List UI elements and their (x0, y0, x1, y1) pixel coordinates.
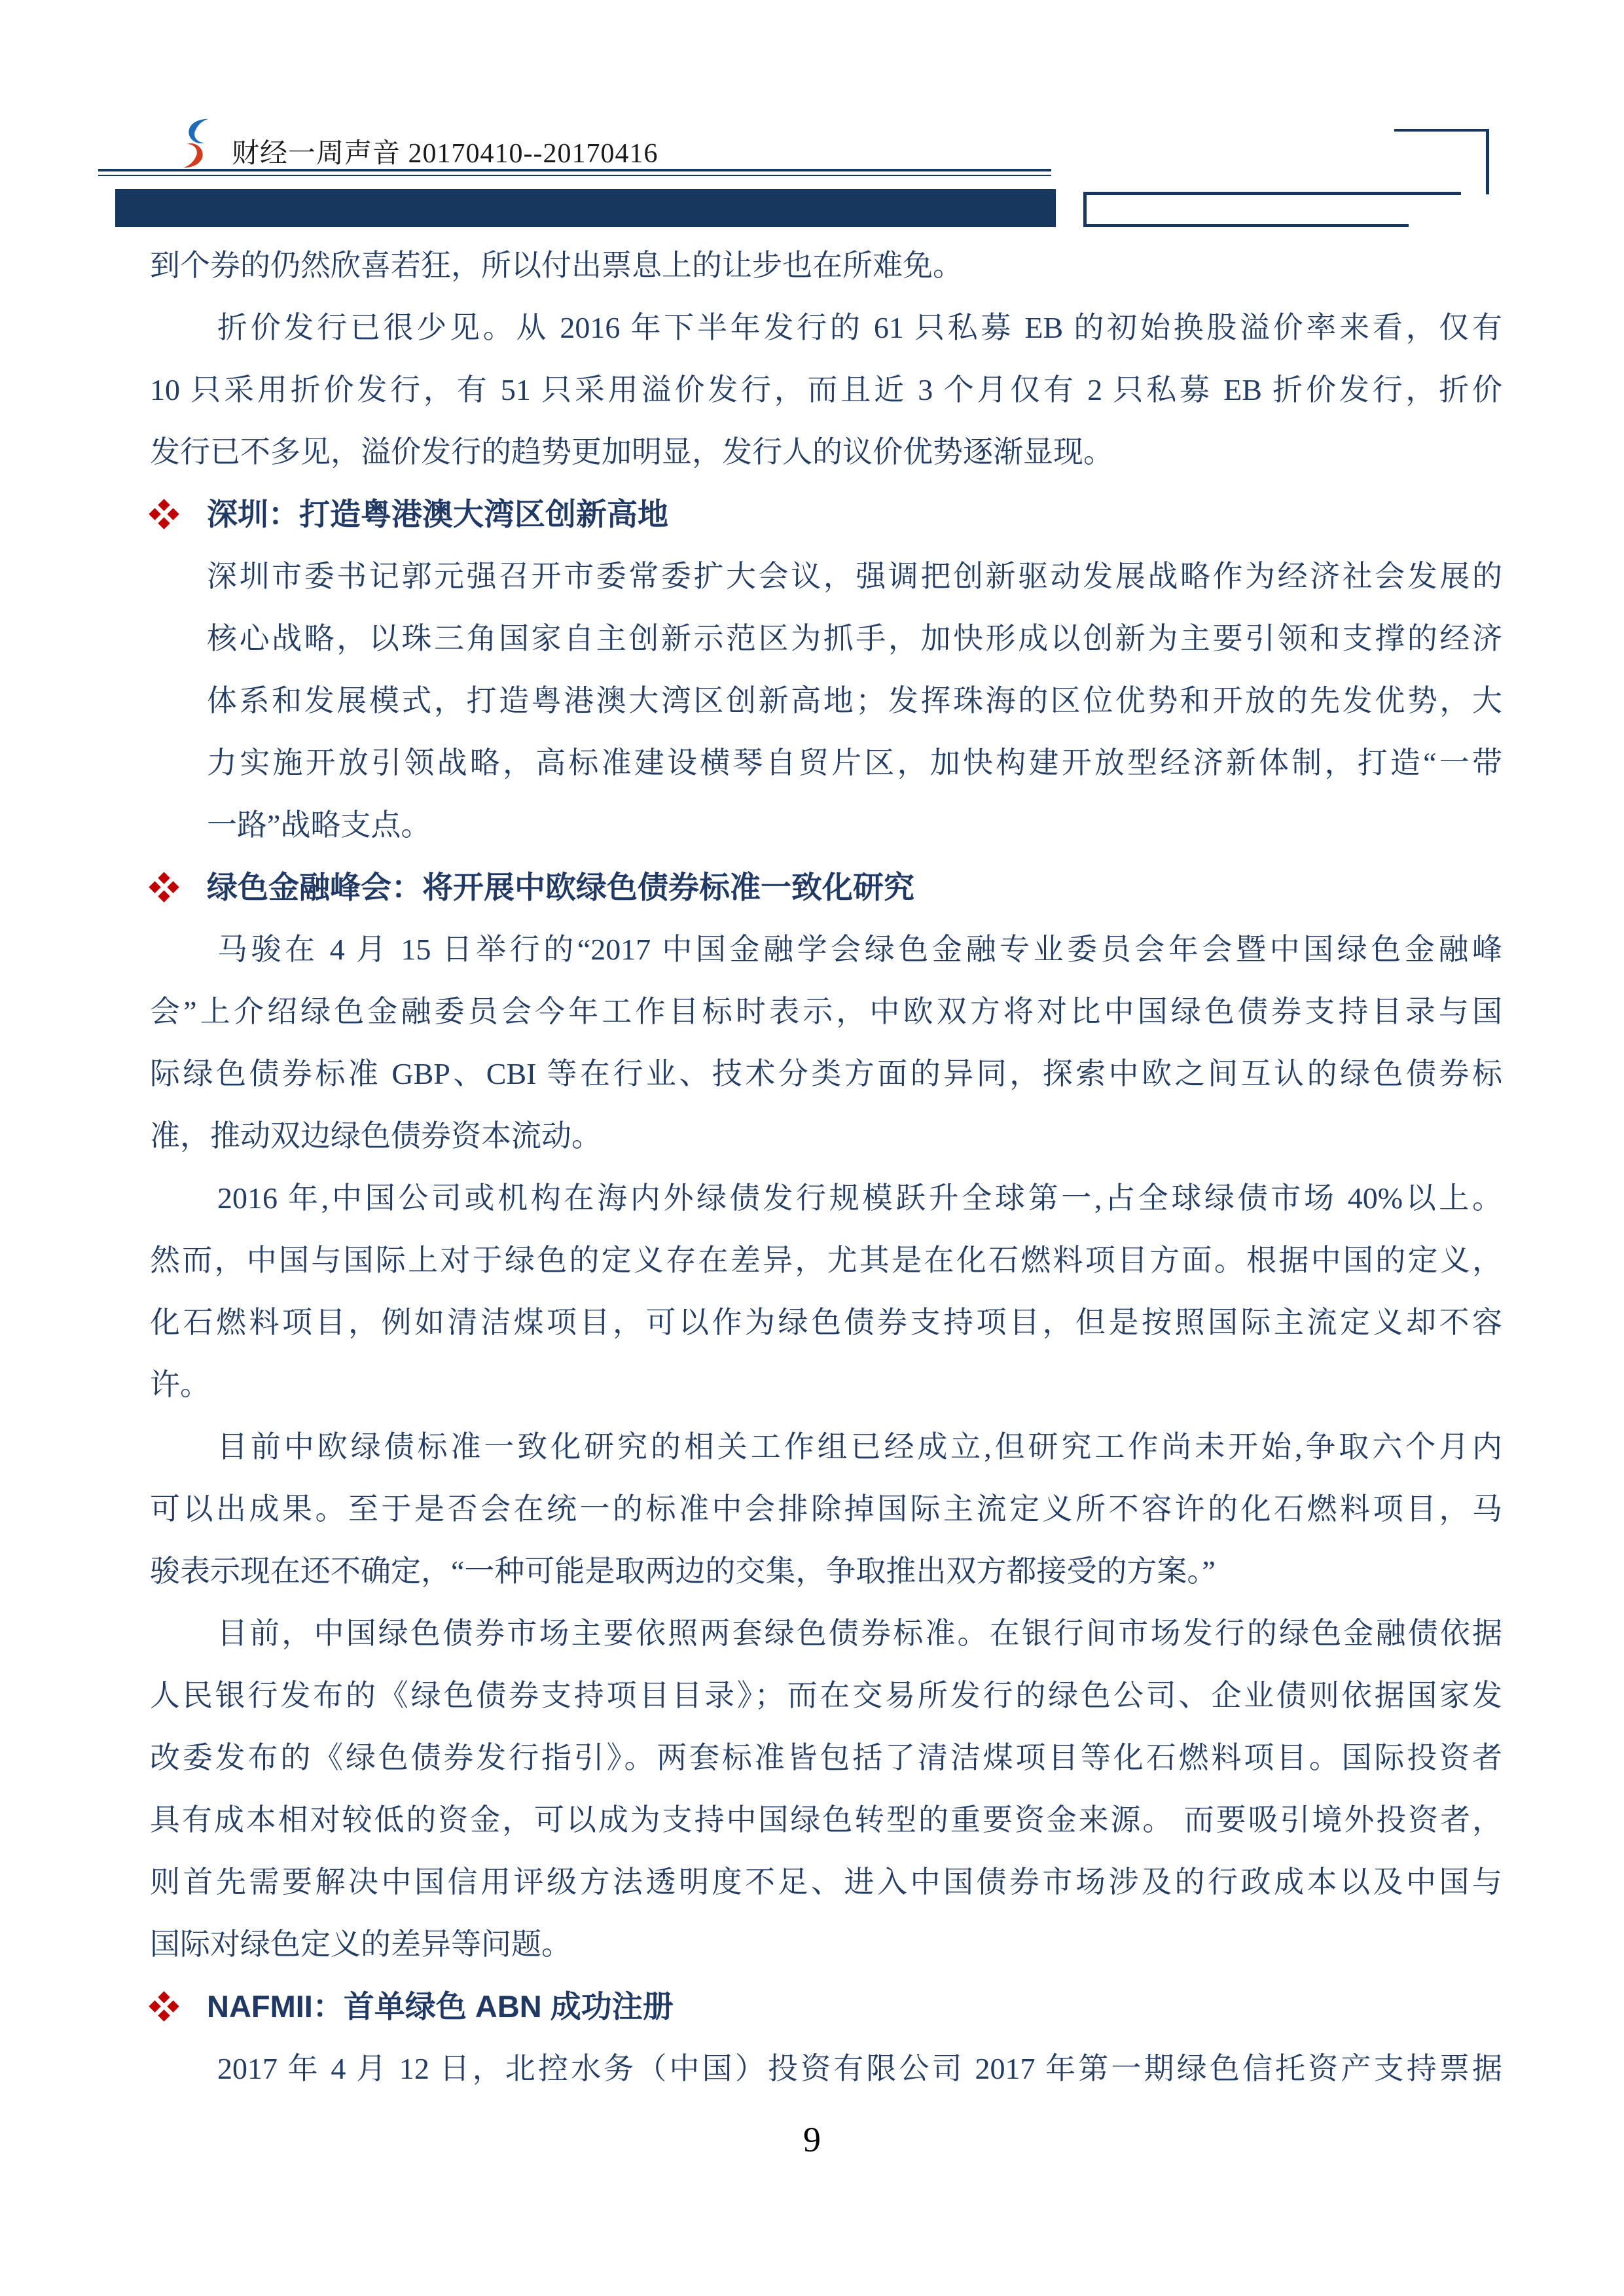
body-line: 力实施开放引领战略，高标准建设横琴自贸片区，加快构建开放型经济新体制，打造“一带 (150, 732, 1502, 794)
body-line: 具有成本相对较低的资金，可以成为支持中国绿色转型的重要资金来源。 而要吸引境外投… (150, 1789, 1502, 1851)
body-line: 10 只采用折价发行，有 51 只采用溢价发行，而且近 3 个月仅有 2 只私募… (150, 359, 1502, 421)
body-line: 核心战略，以珠三角国家自主创新示范区为抓手，加快形成以创新为主要引领和支撑的经济 (150, 607, 1502, 670)
section-banner-bar (115, 189, 1056, 227)
lower-right-outline-box-bottom-edge (1083, 224, 1409, 227)
body-line: 目前，中国绿色债券市场主要依照两套绿色债券标准。在银行间市场发行的绿色金融债依据 (150, 1602, 1502, 1664)
section-heading-label: 深圳：打造粤港澳大湾区创新高地 (207, 483, 668, 545)
body-line: 人民银行发布的《绿色债券支持项目目录》；而在交易所发行的绿色公司、企业债则依据国… (150, 1664, 1502, 1727)
body-line: 会”上介绍绿色金融委员会今年工作目标时表示，中欧双方将对比中国绿色债券支持目录与… (150, 980, 1502, 1043)
body-line: 则首先需要解决中国信用评级方法透明度不足、进入中国债券市场涉及的行政成本以及中国… (150, 1851, 1502, 1913)
body-line: 马骏在 4 月 15 日举行的“2017 中国金融学会绿色金融专业委员会年会暨中… (150, 918, 1502, 980)
body-line: 准，推动双边绿色债券资本流动。 (150, 1105, 1502, 1167)
section-heading-label: NAFMII：首单绿色 ABN 成功注册 (207, 1975, 674, 2037)
page-title: 财经一周声音 20170410--20170416 (232, 137, 658, 170)
diamond-bullet-icon (150, 873, 179, 902)
body-line: 2017 年 4 月 12 日，北控水务（中国）投资有限公司 2017 年第一期… (150, 2037, 1502, 2100)
body-line: 2016 年,中国公司或机构在海内外绿债发行规模跃升全球第一,占全球绿债市场 4… (150, 1167, 1502, 1229)
page-number: 9 (0, 2119, 1624, 2160)
upper-right-outline-box (1394, 129, 1489, 194)
section-heading: 深圳：打造粤港澳大湾区创新高地 (150, 483, 1502, 545)
body-line: 然而，中国与国际上对于绿色的定义存在差异，尤其是在化石燃料项目方面。根据中国的定… (150, 1229, 1502, 1291)
body-line: 化石燃料项目，例如清洁煤项目，可以作为绿色债券支持项目，但是按照国际主流定义却不… (150, 1291, 1502, 1354)
body-line: 国际对绿色定义的差异等问题。 (150, 1913, 1502, 1975)
section-heading-label: 绿色金融峰会：将开展中欧绿色债券标准一致化研究 (207, 856, 914, 918)
body-line: 目前中欧绿债标准一致化研究的相关工作组已经成立,但研究工作尚未开始,争取六个月内 (150, 1416, 1502, 1478)
document-body: 到个券的仍然欣喜若狂，所以付出票息上的让步也在所难免。折价发行已很少见。从 20… (150, 234, 1502, 2100)
body-line: 许。 (150, 1354, 1502, 1416)
lower-right-outline-box (1083, 192, 1461, 227)
document-page: 财经一周声音 20170410--20170416 到个券的仍然欣喜若狂，所以付… (0, 0, 1624, 2296)
body-line: 可以出成果。至于是否会在统一的标准中会排除掉国际主流定义所不容许的化石燃料项目，… (150, 1478, 1502, 1540)
body-line: 到个券的仍然欣喜若狂，所以付出票息上的让步也在所难免。 (150, 234, 1502, 296)
section-heading: NAFMII：首单绿色 ABN 成功注册 (150, 1975, 1502, 2037)
s-swirl-logo (178, 118, 213, 169)
header-rule (98, 169, 1051, 176)
body-line: 际绿色债券标准 GBP、CBI 等在行业、技术分类方面的异同，探索中欧之间互认的… (150, 1043, 1502, 1105)
diamond-bullet-icon (150, 1992, 179, 2021)
section-heading: 绿色金融峰会：将开展中欧绿色债券标准一致化研究 (150, 856, 1502, 918)
body-line: 折价发行已很少见。从 2016 年下半年发行的 61 只私募 EB 的初始换股溢… (150, 296, 1502, 359)
body-line: 深圳市委书记郭元强召开市委常委扩大会议，强调把创新驱动发展战略作为经济社会发展的 (150, 545, 1502, 607)
body-line: 骏表示现在还不确定，“一种可能是取两边的交集，争取推出双方都接受的方案。” (150, 1540, 1502, 1602)
body-line: 一路”战略支点。 (150, 794, 1502, 856)
body-line: 改委发布的《绿色债券发行指引》。两套标准皆包括了清洁煤项目等化石燃料项目。国际投… (150, 1727, 1502, 1789)
body-line: 体系和发展模式，打造粤港澳大湾区创新高地；发挥珠海的区位优势和开放的先发优势，大 (150, 670, 1502, 732)
body-line: 发行已不多见，溢价发行的趋势更加明显，发行人的议价优势逐渐显现。 (150, 421, 1502, 483)
diamond-bullet-icon (150, 500, 179, 529)
